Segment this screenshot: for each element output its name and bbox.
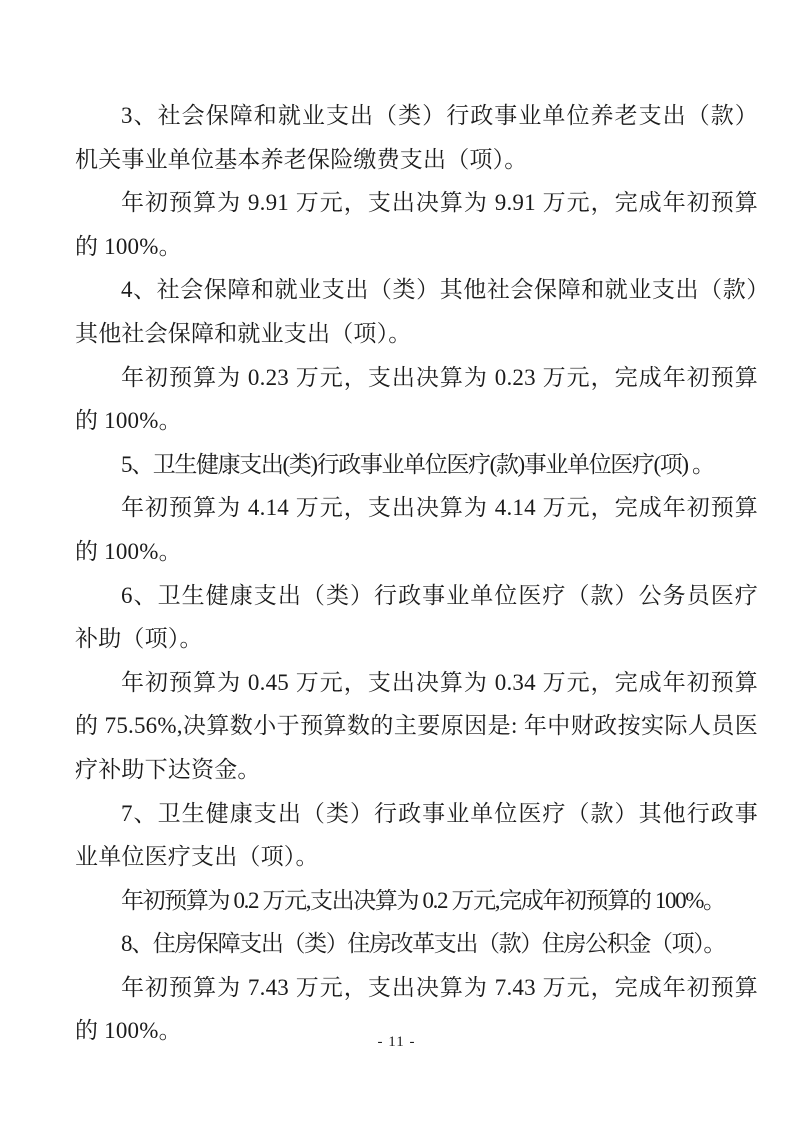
page-number: - 11 - xyxy=(0,1034,793,1051)
section-7-heading: 7、卫生健康支出（类）行政事业单位医疗（款）其他行政事业单位医疗支出（项）。 xyxy=(75,792,758,879)
section-5-heading: 5、卫生健康支出(类)行政事业单位医疗(款)事业单位医疗(项) 。 xyxy=(75,443,758,487)
section-3-heading: 3、社会保障和就业支出（类）行政事业单位养老支出（款）机关事业单位基本养老保险缴… xyxy=(75,94,758,181)
section-7-detail: 年初预算为 0.2 万元,支出决算为 0.2 万元,完成年初预算的 100%。 xyxy=(75,879,758,923)
section-3-detail: 年初预算为 9.91 万元，支出决算为 9.91 万元，完成年初预算的 100%… xyxy=(75,181,758,268)
document-body: 3、社会保障和就业支出（类）行政事业单位养老支出（款）机关事业单位基本养老保险缴… xyxy=(75,94,758,1053)
section-6-heading: 6、卫生健康支出（类）行政事业单位医疗（款）公务员医疗补助（项）。 xyxy=(75,574,758,661)
section-4-detail: 年初预算为 0.23 万元，支出决算为 0.23 万元，完成年初预算的 100%… xyxy=(75,356,758,443)
section-4-heading: 4、社会保障和就业支出（类）其他社会保障和就业支出（款）其他社会保障和就业支出（… xyxy=(75,268,758,355)
section-8-heading: 8、住房保障支出（类）住房改革支出（款）住房公积金（项）。 xyxy=(75,922,758,966)
section-6-detail: 年初预算为 0.45 万元，支出决算为 0.34 万元，完成年初预算的 75.5… xyxy=(75,661,758,792)
document-page: 3、社会保障和就业支出（类）行政事业单位养老支出（款）机关事业单位基本养老保险缴… xyxy=(0,0,793,1122)
section-5-detail: 年初预算为 4.14 万元，支出决算为 4.14 万元，完成年初预算的 100%… xyxy=(75,486,758,573)
